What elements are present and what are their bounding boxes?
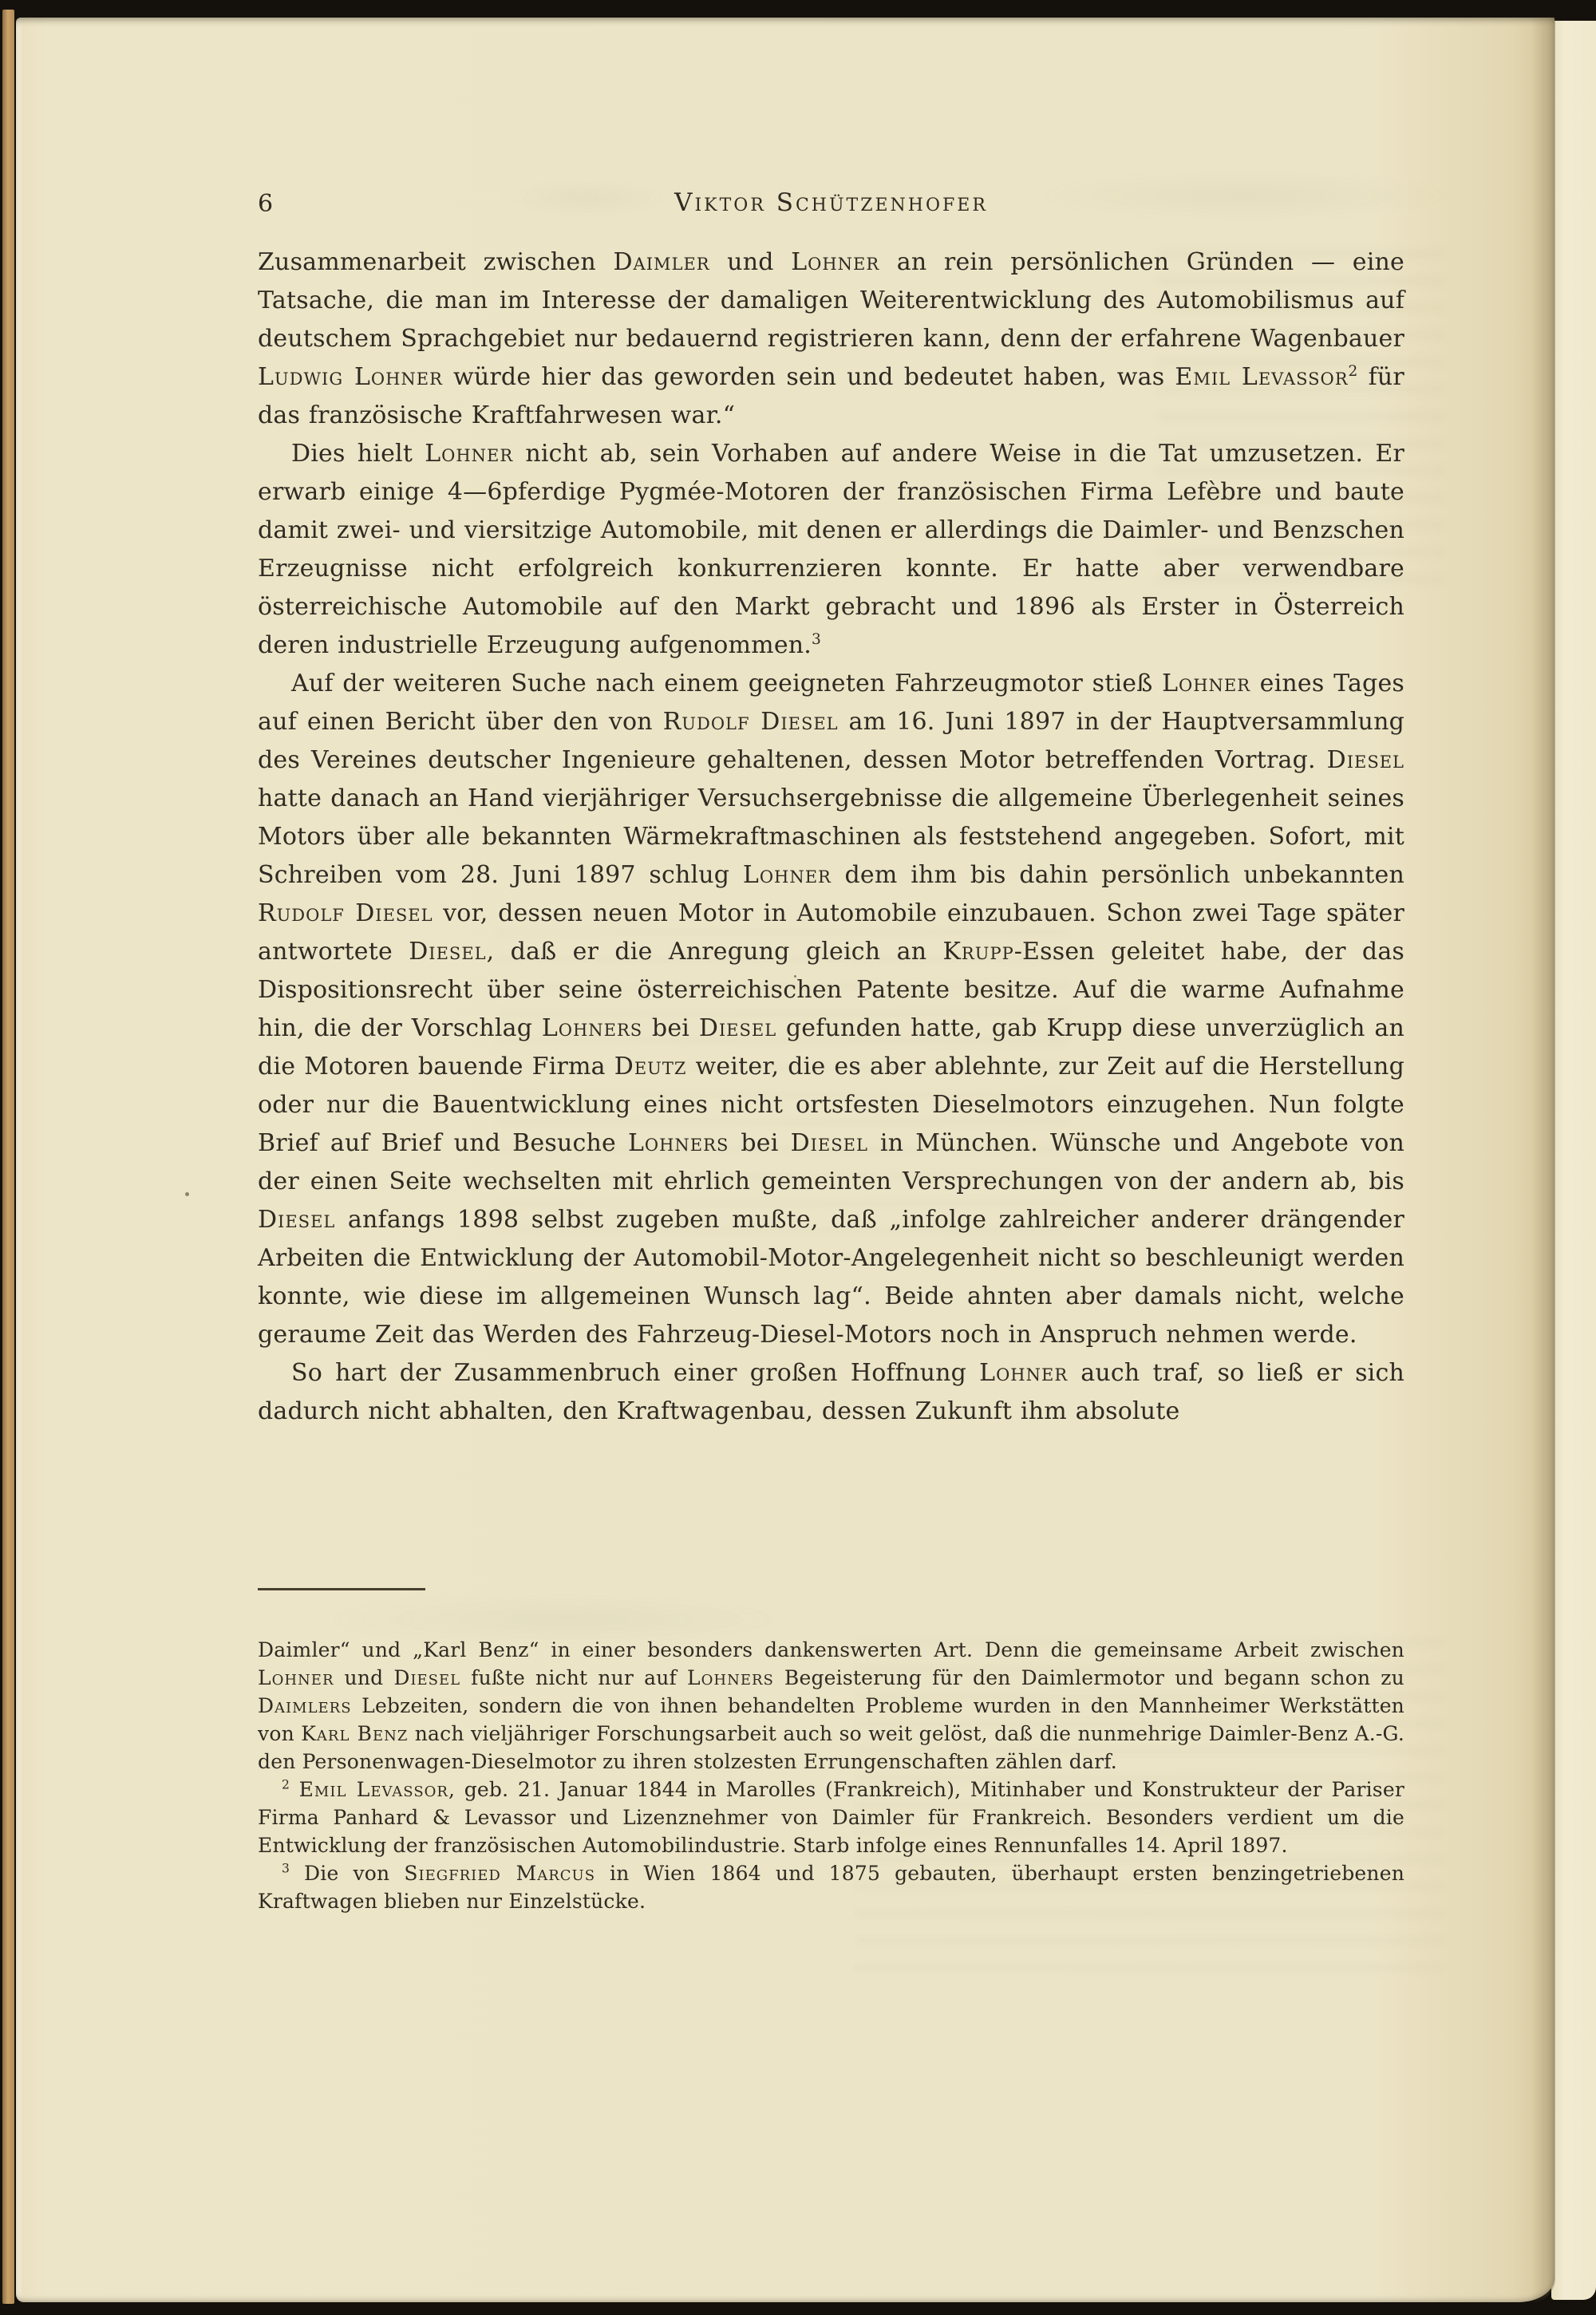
paragraph-opening: Zusammenarbeit zwischen Daimler und Lohn…	[258, 243, 1404, 435]
paragraph-lohner-automobiles: Dies hielt Lohner nicht ab, sein Vorhabe…	[258, 435, 1404, 665]
body-text: Zusammenarbeit zwischen Daimler und Lohn…	[258, 243, 1404, 1431]
paragraph-closing: So hart der Zusammenbruch einer großen H…	[258, 1354, 1404, 1431]
running-header: Viktor Schützenhofer	[258, 188, 1404, 217]
page-header: 6 Viktor Schützenhofer	[258, 188, 1404, 225]
next-page-edge	[1551, 21, 1596, 2300]
photo-background: 6 Viktor Schützenhofer Zusammenarbeit zw…	[0, 0, 1596, 2315]
book-gutter-edge	[2, 10, 14, 2304]
footnote-2-levassor: 2 Emil Levassor, geb. 21. Januar 1844 in…	[258, 1776, 1404, 1859]
footnote-3-marcus: 3 Die von Siegfried Marcus in Wien 1864 …	[258, 1859, 1404, 1915]
footnote-rule	[258, 1588, 425, 1590]
book-page: 6 Viktor Schützenhofer Zusammenarbeit zw…	[16, 18, 1555, 2302]
footnote-1-continuation: Daimler“ und „Karl Benz“ in einer besond…	[258, 1636, 1404, 1776]
page-number: 6	[258, 190, 273, 218]
footnotes: Daimler“ und „Karl Benz“ in einer besond…	[258, 1636, 1404, 1915]
paragraph-diesel-contact: Auf der weiteren Suche nach einem geeign…	[258, 665, 1404, 1354]
paper-speck	[185, 1192, 189, 1196]
